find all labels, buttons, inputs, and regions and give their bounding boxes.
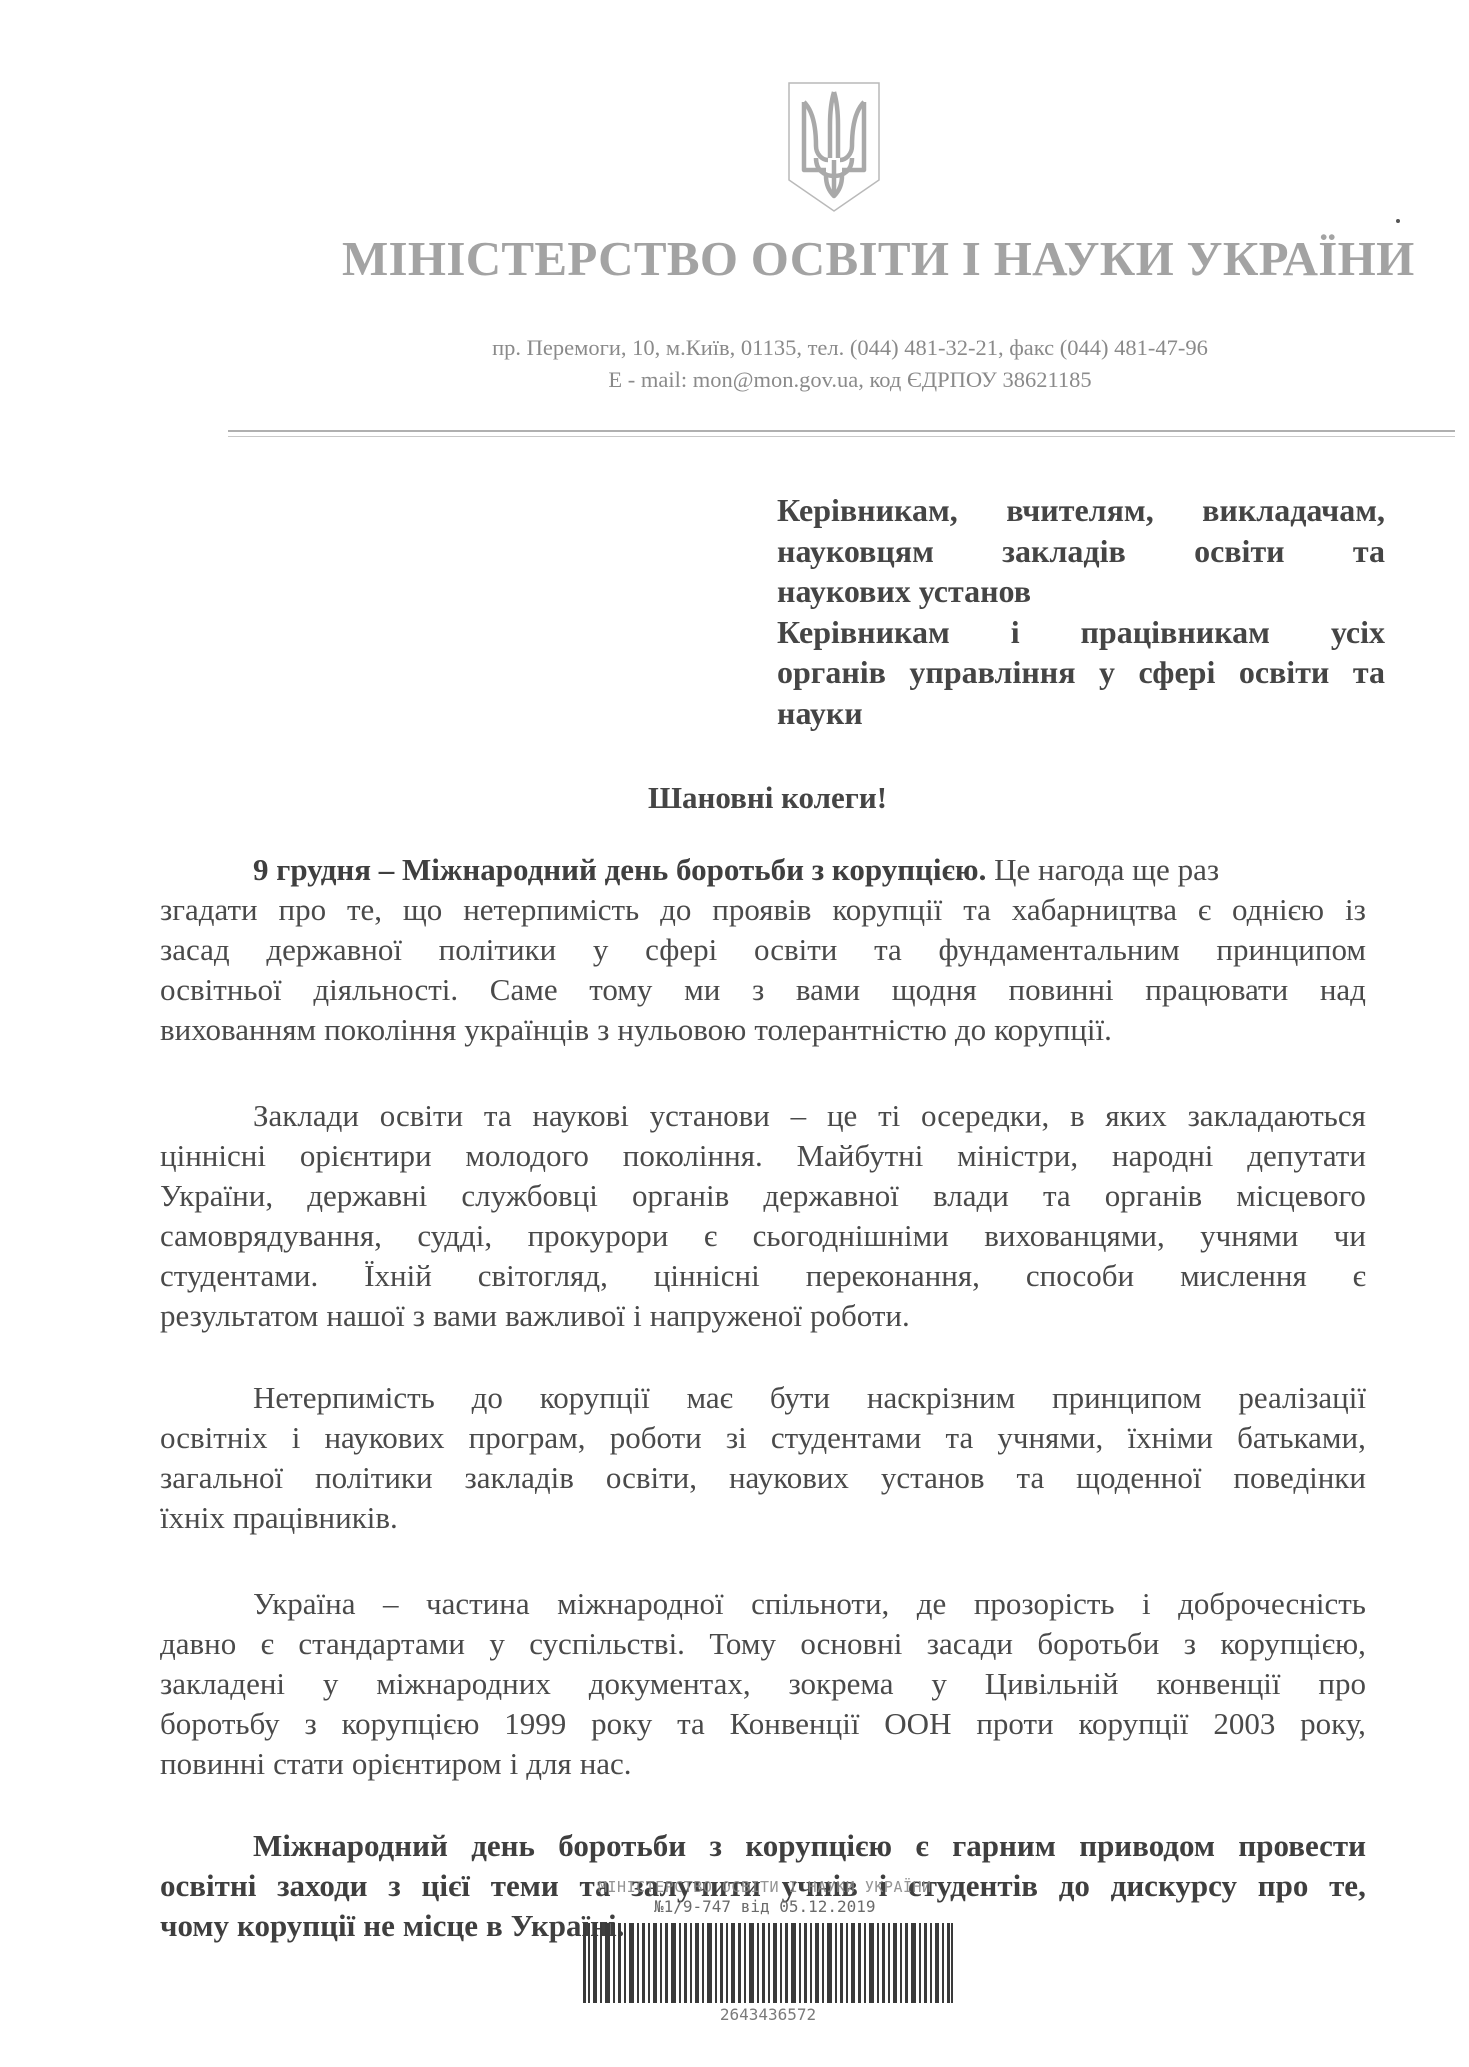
bold-lead: 9 грудня – Міжнародний день боротьби з к… [253,852,986,887]
barcode-number: 2643436572 [566,2005,970,2024]
body-paragraph: 9 грудня – Міжнародний день боротьби з к… [160,850,1366,1050]
addressee-line: Керівникам і працівникам усіх [777,612,1385,653]
registration-number: №1/9-747 від 05.12.2019 [654,1897,876,1916]
paragraph-line: освітньоїдіяльності.Саметомумизвамищодня… [160,970,1366,1010]
paragraph-line: вихованнямпоколінняукраїнцівзнульовоютол… [160,1010,1366,1050]
paragraph-line: Міжнароднийденьборотьбизкорупцієюєгарним… [160,1826,1366,1866]
ministry-address: пр. Перемоги, 10, м.Київ, 01135, тел. (0… [400,332,1300,396]
paragraph-line: Нетерпимістьдокорупціїмаєбутинаскрізнимп… [160,1378,1366,1418]
stamp-organization: МІНІСТЕРСТВО ОСВІТИ І НАУКИ УКРАЇНИ [598,1878,932,1896]
paragraph-line: результатомнашоїзвамиважливоїінапруженої… [160,1296,1366,1336]
registration-stamp: МІНІСТЕРСТВО ОСВІТИ І НАУКИ УКРАЇНИ №1/9… [566,1877,986,2067]
paragraph-line: загальноїполітикизакладівосвіти,наукових… [160,1458,1366,1498]
paragraph-line: України,державніслужбовціорганівдержавно… [160,1176,1366,1216]
paragraph-line: давноєстандартамиусуспільстві.Томуосновн… [160,1624,1366,1664]
addressee-line: Керівникам, вчителям, викладачам, [777,490,1385,531]
addressee-line: органів управління у сфері освіти та [777,652,1385,693]
letterhead-divider-thin [228,436,1455,437]
paragraph-line: освітніхінауковихпрограм,роботизістудент… [160,1418,1366,1458]
paragraph-line: самоврядування,судді,прокурориєсьогодніш… [160,1216,1366,1256]
addressee-line: науки [777,693,1385,734]
paragraph-line: студентами.Їхнійсвітогляд,ціннісніпереко… [160,1256,1366,1296]
paragraph-line: засаддержавноїполітикиусферіосвітитафунд… [160,930,1366,970]
body-paragraph: Україна–частинаміжнародноїспільноти,депр… [160,1584,1366,1784]
address-line: пр. Перемоги, 10, м.Київ, 01135, тел. (0… [400,332,1300,364]
body-paragraph: Закладиосвітитанауковіустанови–цетіосере… [160,1096,1366,1336]
addressee-line: науковцям закладів освіти та [777,531,1385,572]
ministry-title: МІНІСТЕРСТВО ОСВІТИ І НАУКИ УКРАЇНИ [0,230,1469,288]
paragraph-line: повинністатиорієнтиромідлянас. [160,1744,1366,1784]
paragraph-line: ціннісніорієнтиримолодогопокоління.Майбу… [160,1136,1366,1176]
greeting: Шановні колеги! [0,778,1469,818]
paragraph-line: закладеніуміжнароднихдокументах,зокремау… [160,1664,1366,1704]
paragraph-line: 9 грудня – Міжнародний день боротьби з к… [160,850,1366,890]
addressee-line: наукових установ [777,571,1385,612]
contact-line: E - mail: mon@mon.gov.ua, код ЄДРПОУ 386… [400,364,1300,396]
addressee-block: Керівникам, вчителям, викладачам, науков… [777,490,1385,733]
paragraph-line: боротьбузкорупцією1999рокутаКонвенціїООН… [160,1704,1366,1744]
body-paragraph: Нетерпимістьдокорупціїмаєбутинаскрізнимп… [160,1378,1366,1538]
scan-speck [1396,219,1400,223]
letterhead-divider [228,430,1455,432]
paragraph-line: Україна–частинаміжнародноїспільноти,депр… [160,1584,1366,1624]
paragraph-line: їхніхпрацівників. [160,1498,1366,1538]
paragraph-line: Закладиосвітитанауковіустанови–цетіосере… [160,1096,1366,1136]
letter-page: МІНІСТЕРСТВО ОСВІТИ І НАУКИ УКРАЇНИ пр. … [0,0,1469,2067]
trident-emblem-icon [786,80,882,214]
paragraph-line: згадатипроте,щонетерпимістьдопроявівкору… [160,890,1366,930]
barcode-icon [583,1923,953,2003]
